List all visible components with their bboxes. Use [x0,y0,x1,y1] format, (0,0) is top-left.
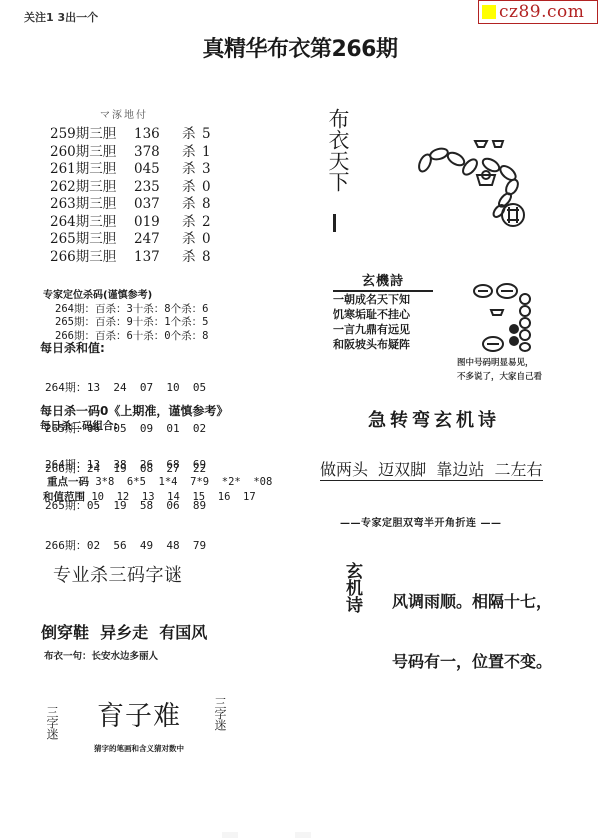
bottom-artifact [222,832,238,838]
riddle-title: 专业杀三码字谜 [53,561,183,587]
sum-range-line: 和值范围 10 12 13 14 15 16 17 [43,489,256,504]
sum-range-value: 10 12 13 14 15 16 17 [85,491,256,503]
three-char-riddle-label-right: 三字迷 [212,697,229,730]
buyi-vertical-title: 布衣天下 [325,108,351,192]
xuanji-vertical-label: 玄机诗 [337,562,367,613]
buyi-line: 布衣一句：长安水边多丽人 [44,648,158,662]
expert-line: ——专家定胆双弯半开角折连 —— [340,514,501,529]
dan-row: 266期三胆137杀8 [50,249,211,267]
key-code-value: 3*8 6*5 1*4 7*9 *2* *08 [89,476,272,488]
xuanji-poem-box: 玄機詩 一朝成名天下知 饥寒垢耻不挂心 一言九鼎有远见 和阪坡头布疑阵 [333,270,433,352]
riddle-center-word: 育子难 [97,694,181,733]
beads-caption: 图中号码明显易见， 不多说了，大家自己看 [457,356,542,384]
top-note: 关注1 3出一个 [24,9,98,25]
dan-row: 261期三胆045杀3 [50,161,211,179]
poem-line: 饥寒垢耻不挂心 [333,307,433,322]
page-title: 真精华布衣第266期 [0,32,600,63]
key-code-label: 重点一码 [47,476,89,488]
poem-line: 一言九鼎有远见 [333,322,433,337]
riddle-note: 猜字的笔画和含义猜对数中 [94,743,184,754]
position-kill-heading: 专家定位杀码(谨慎参考) [43,289,208,303]
poem-title: 玄機詩 [333,270,433,292]
watermark-badge[interactable]: cz89.com [478,0,598,24]
dan-row: 259期三胆136杀5 [50,126,211,144]
poem-line: 和阪坡头布疑阵 [333,337,433,352]
vertical-bar-mark [333,214,336,232]
sum-kill-row: 264期：13 24 07 10 05 [45,381,206,395]
xuanji-poem-text: 风调雨顺。相隔十七， 号码有一，位置不变。 [392,552,552,692]
yellow-square-icon [482,5,496,19]
poem-line: 一朝成名天下知 [333,292,433,307]
dan-row: 262期三胆235杀0 [50,179,211,197]
riddle-words: 倒穿鞋 异乡走 有国风 [41,620,207,643]
position-kill-row: 265期：百杀：9十杀：1个杀：5 [43,316,208,330]
sum-range-label: 和值范围 [43,491,85,503]
jizhuan-answer: 做两头 迈双脚 靠边站 二左右 [320,460,543,481]
position-kill-block: 专家定位杀码(谨慎参考) 264期：百杀：3十杀：8个杀：6 265期：百杀：9… [43,289,208,343]
position-kill-row: 264期：百杀：3十杀：8个杀：6 [43,303,208,317]
daily-one-code: 每日杀一码0《上期准，谨慎参考》 [40,402,228,419]
beads-arc-illustration [415,135,535,230]
dan-row: 263期三胆037杀8 [50,196,211,214]
dan-list: 259期三胆136杀5 260期三胆378杀1 261期三胆045杀3 262期… [50,126,211,266]
three-char-riddle-label-left: 三字迷 [44,706,61,739]
two-code-row: 266期：02 56 49 48 79 [45,539,206,553]
dan-row: 265期三胆247杀0 [50,231,211,249]
dan-subhead: マ涿地付 [100,106,148,121]
beads-code-illustration [473,282,553,354]
jizhuan-title: 急转弯玄机诗 [368,406,500,432]
key-code-line: 重点一码 3*8 6*5 1*4 7*9 *2* *08 [47,474,272,489]
dan-row: 260期三胆378杀1 [50,144,211,162]
bottom-artifact [295,832,311,838]
watermark-text: cz89.com [499,2,584,22]
dan-row: 264期三胆019杀2 [50,214,211,232]
two-code-row: 264期：13 38 26 68 69 [45,458,206,472]
